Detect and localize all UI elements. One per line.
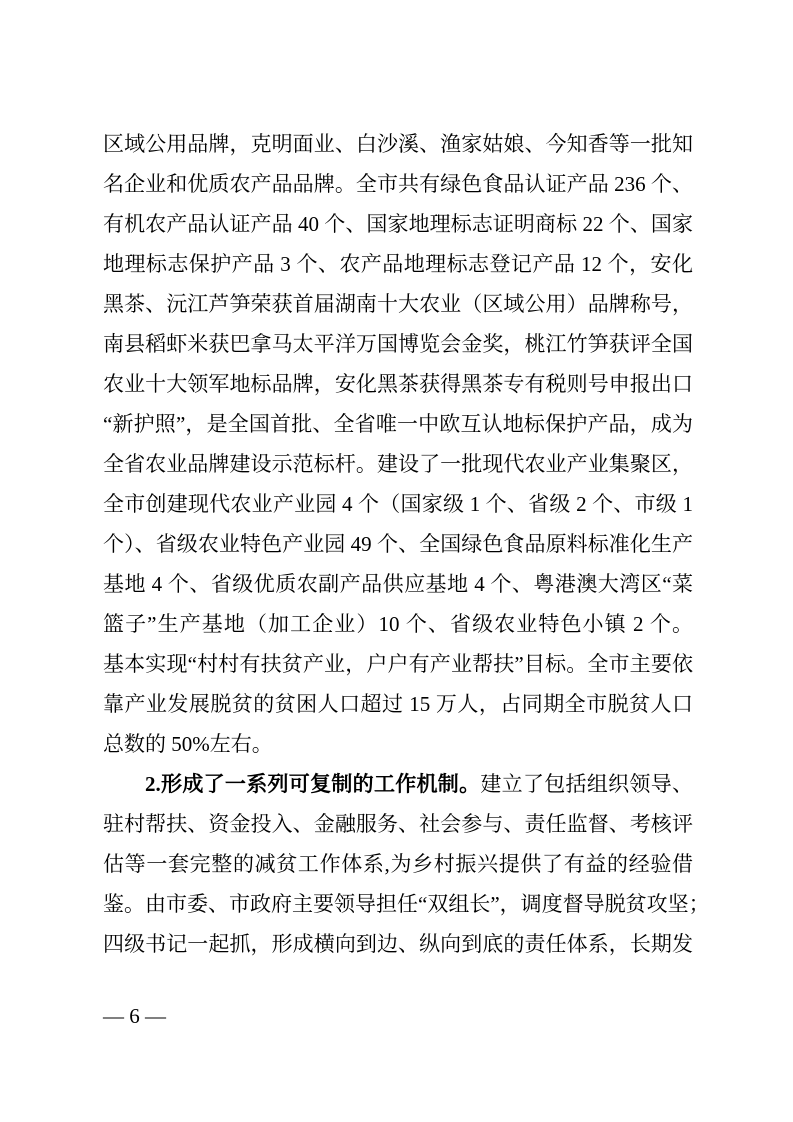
page-number: — 6 —: [103, 996, 166, 1036]
body-line: 鉴。由市委、市政府主要领导担任“双组长”，调度督导脱贫攻坚；: [103, 884, 693, 924]
body-text-block: 区域公用品牌，克明面业、白沙溪、渔家姑娘、今知香等一批知 名企业和优质农产品品牌…: [103, 124, 693, 964]
body-line: 农业十大领军地标品牌，安化黑茶获得黑茶专有税则号申报出口: [103, 364, 693, 404]
body-line: 黑茶、沅江芦笋荣获首届湖南十大农业（区域公用）品牌称号，: [103, 284, 693, 324]
body-line: 区域公用品牌，克明面业、白沙溪、渔家姑娘、今知香等一批知: [103, 124, 693, 164]
body-line: 驻村帮扶、资金投入、金融服务、社会参与、责任监督、考核评: [103, 804, 693, 844]
body-line: 全市创建现代农业产业园 4 个（国家级 1 个、省级 2 个、市级 1: [103, 484, 693, 524]
body-line: 基本实现“村村有扶贫产业，户户有产业帮扶”目标。全市主要依: [103, 644, 693, 684]
body-line: 个）、省级农业特色产业园 49 个、全国绿色食品原料标准化生产: [103, 524, 693, 564]
body-line: 全省农业品牌建设示范标杆。建设了一批现代农业产业集聚区，: [103, 444, 693, 484]
body-line: 篮子”生产基地（加工企业）10 个、省级农业特色小镇 2 个。: [103, 604, 693, 644]
body-line: 南县稻虾米获巴拿马太平洋万国博览会金奖，桃江竹笋获评全国: [103, 324, 693, 364]
body-line-paragraph-end: 总数的 50%左右。: [103, 724, 693, 764]
body-line: 基地 4 个、省级优质农副产品供应基地 4 个、粤港澳大湾区“菜: [103, 564, 693, 604]
paragraph-text: 建立了包括组织领导、: [480, 772, 693, 796]
body-line: “新护照”，是全国首批、全省唯一中欧互认地标保护产品，成为: [103, 404, 693, 444]
document-page: 区域公用品牌，克明面业、白沙溪、渔家姑娘、今知香等一批知 名企业和优质农产品品牌…: [0, 0, 793, 1122]
body-line: 名企业和优质农产品品牌。全市共有绿色食品认证产品 236 个、: [103, 164, 693, 204]
body-line: 有机农产品认证产品 40 个、国家地理标志证明商标 22 个、国家: [103, 204, 693, 244]
body-line: 靠产业发展脱贫的贫困人口超过 15 万人，占同期全市脱贫人口: [103, 684, 693, 724]
body-line-paragraph-start: 2.形成了一系列可复制的工作机制。建立了包括组织领导、: [103, 764, 693, 804]
paragraph-bold-heading: 2.形成了一系列可复制的工作机制。: [145, 772, 480, 796]
body-line: 地理标志保护产品 3 个、农产品地理标志登记产品 12 个，安化: [103, 244, 693, 284]
body-line: 估等一套完整的减贫工作体系,为乡村振兴提供了有益的经验借: [103, 844, 693, 884]
body-line: 四级书记一起抓，形成横向到边、纵向到底的责任体系，长期发: [103, 924, 693, 964]
